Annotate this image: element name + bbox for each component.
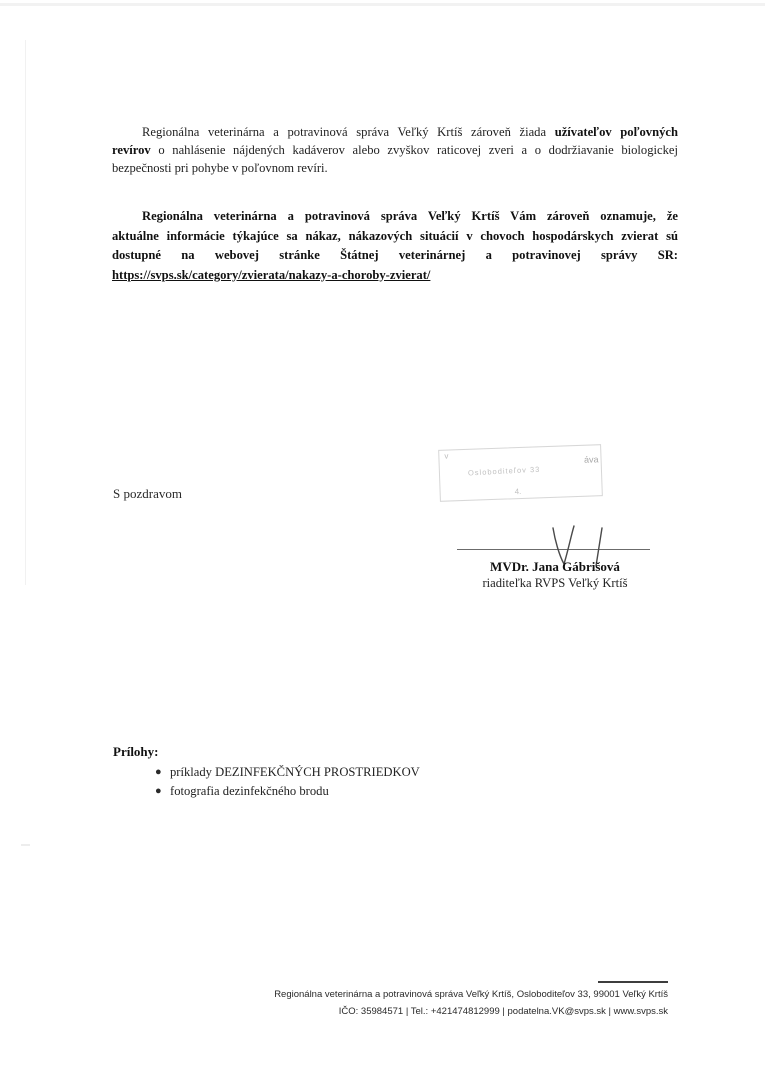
text-line: Regionálna veterinárna a potravinová spr… [112,123,678,141]
stamp-right-fragment: áva [584,454,599,465]
text-line: Regionálna veterinárna a potravinová spr… [112,207,678,227]
text-segment: Regionálna veterinárna a potravinová spr… [142,209,678,223]
stamp-corner-mark: v [444,452,448,461]
text-line: aktuálne informácie týkajúce sa nákaz, n… [112,227,678,247]
footer-divider-line [598,981,668,983]
stamp-bottom-mark: 4. [514,487,521,496]
scanned-letter-page: Regionálna veterinárna a potravinová spr… [0,0,765,1082]
scan-edge-artifact-top [0,3,765,6]
footer-address-line: Regionálna veterinárna a potravinová spr… [148,987,668,1004]
text-line: bezpečnosti pri pohybe v poľovnom revíri… [112,159,678,177]
text-segment: aktuálne informácie týkajúce sa nákaz, n… [112,229,678,243]
text-line: revírov o nahlásenie nájdených kadáverov… [112,141,678,159]
list-item: ● fotografia dezinfekčného brodu [155,782,420,801]
attachments-heading: Prílohy: [113,744,159,760]
document-hyperlink[interactable]: https://svps.sk/category/zvierata/nakazy… [112,268,430,282]
text-line: dostupné na webovej stránke Štátnej vete… [112,246,678,266]
list-item: ● príklady DEZINFEKČNÝCH PROSTRIEDKOV [155,763,420,782]
scan-edge-artifact-left [25,40,26,585]
attachment-item-text: fotografia dezinfekčného brodu [170,782,329,801]
closing-salutation: S pozdravom [113,486,182,502]
text-segment: dostupné na webovej stránke Štátnej vete… [112,248,678,262]
text-segment: Regionálna veterinárna a potravinová spr… [142,125,555,139]
text-segment: o nahlásenie nájdených kadáverov alebo z… [151,143,678,157]
text-segment: revírov [112,143,151,157]
paragraph-disease-info-notice: Regionálna veterinárna a potravinová spr… [112,207,678,285]
attachments-list: ● príklady DEZINFEKČNÝCH PROSTRIEDKOV ● … [155,763,420,800]
scan-speck [21,844,30,846]
bullet-icon: ● [155,782,170,801]
footer-contact-line: IČO: 35984571 | Tel.: +421474812999 | po… [148,1004,668,1021]
attachment-item-text: príklady DEZINFEKČNÝCH PROSTRIEDKOV [170,763,420,782]
paragraph-hunting-grounds-request: Regionálna veterinárna a potravinová spr… [112,123,678,177]
signatory-name: MVDr. Jana Gábrišová [440,559,670,575]
text-line: https://svps.sk/category/zvierata/nakazy… [112,266,678,286]
signatory-title: riaditeľka RVPS Veľký Krtíš [440,576,670,591]
text-segment: bezpečnosti pri pohybe v poľovnom revíri… [112,161,328,175]
text-segment: užívateľov poľovných [555,125,678,139]
letterhead-footer: Regionálna veterinárna a potravinová spr… [148,987,668,1020]
stamp-address-text: Osloboditeľov 33 [468,465,541,478]
office-stamp: v Osloboditeľov 33 áva 4. [438,444,603,502]
bullet-icon: ● [155,763,170,782]
